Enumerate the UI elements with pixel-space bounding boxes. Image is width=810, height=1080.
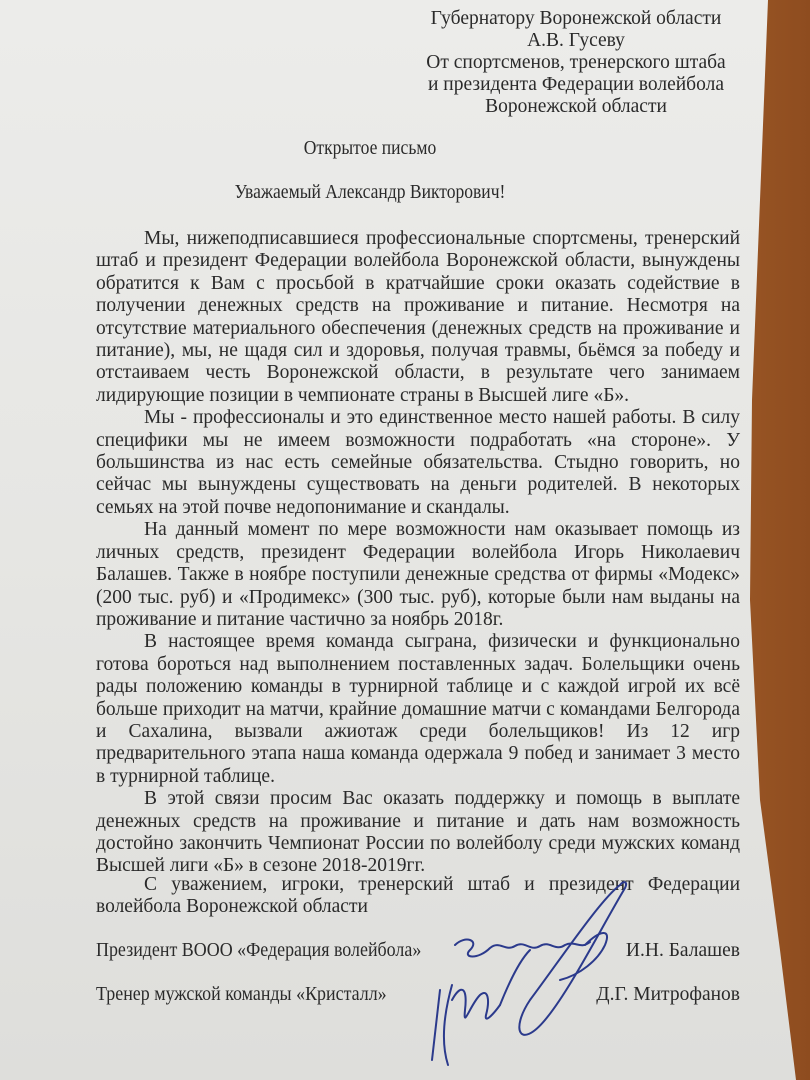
closing-text: С уважением, игроки, тренерский штаб и п… [96, 874, 740, 919]
paragraph: Мы, нижеподписавшиеся профессиональные с… [96, 228, 740, 407]
salutation: Уважаемый Александр Викторович! [37, 182, 703, 204]
addressee-line: Воронежской области [426, 96, 726, 118]
signatory-row: Тренер мужской команды «Кристалл» Д.Г. М… [96, 984, 740, 1006]
letter-title: Открытое письмо [37, 138, 703, 160]
paragraph: В настоящее время команда сыграна, физич… [96, 631, 740, 788]
paragraph: На данный момент по мере возможности нам… [96, 519, 740, 631]
letter-body: Мы, нижеподписавшиеся профессиональные с… [96, 228, 740, 878]
paragraph: Мы - профессионалы и это единственное ме… [96, 407, 740, 519]
signatory-name: Д.Г. Митрофанов [596, 984, 740, 1006]
signatory-role: Президент ВООО «Федерация волейбола» [96, 940, 421, 962]
letter-page: Губернатору Воронежской области А.В. Гус… [0, 0, 810, 1080]
addressee-line: От спортсменов, тренерского штаба [426, 52, 726, 74]
signatory-role: Тренер мужской команды «Кристалл» [96, 984, 387, 1006]
signatory-name: И.Н. Балашев [626, 940, 740, 962]
paragraph: В этой связи просим Вас оказать поддержк… [96, 788, 740, 878]
addressee-block: Губернатору Воронежской области А.В. Гус… [426, 8, 726, 118]
addressee-line: Губернатору Воронежской области [426, 8, 726, 30]
addressee-line: и президента Федерации волейбола [426, 74, 726, 96]
addressee-line: А.В. Гусеву [426, 30, 726, 52]
signatory-row: Президент ВООО «Федерация волейбола» И.Н… [96, 940, 740, 962]
